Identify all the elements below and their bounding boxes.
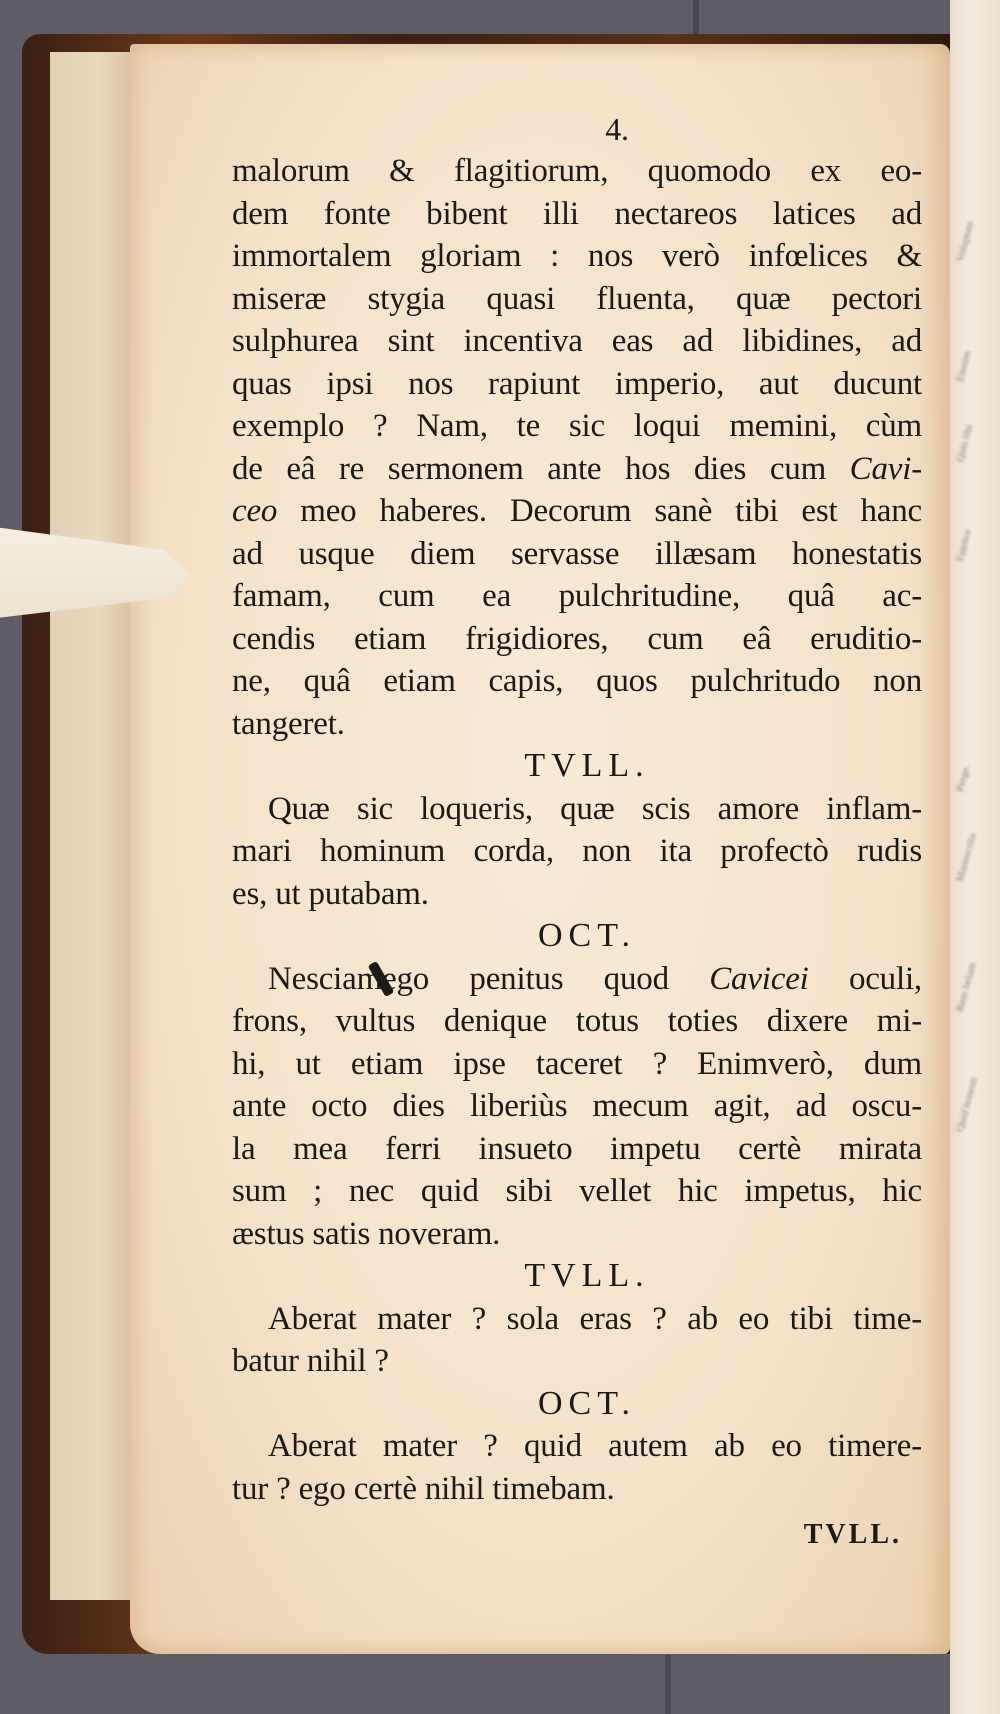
text-line: tur ? ego certè nihil timebam. <box>232 1468 922 1511</box>
ghost-text: Manuscrita <box>954 841 976 883</box>
ghost-text: Quis tibi <box>954 421 976 463</box>
text-line: Nesciamego penitus quod Cavicei oculi, <box>232 958 922 1001</box>
text-line: hi, ut etiam ipse taceret ? Enimverò, du… <box>232 1043 922 1086</box>
text-line: ne, quâ etiam capis, quos pulchritudo no… <box>232 660 922 703</box>
text-line: Aberat mater ? quid autem ab eo timere- <box>232 1425 922 1468</box>
text-line: mari hominum corda, non ita profectò rud… <box>232 830 922 873</box>
text-segment: ego penitus quod <box>382 961 669 997</box>
text-line: exemplo ? Nam, te sic loqui memini, cùm <box>232 405 922 448</box>
text-line: Aberat mater ? sola eras ? ab eo tibi ti… <box>232 1298 922 1341</box>
facing-page-edge: Voluptate Etenim Quis tibi Fatebor Perge… <box>950 0 1000 1714</box>
text-line: sulphurea sint incentiva eas ad libidine… <box>232 320 922 363</box>
text-line: immortalem gloriam : nos verò infœlices … <box>232 235 922 278</box>
text-line: famam, cum ea pulchritudine, quâ ac- <box>232 575 922 618</box>
ghost-text: Quid honesti <box>954 1091 976 1133</box>
italic-name: ceo <box>232 493 277 529</box>
text-segment: Nesciam <box>268 961 382 997</box>
text-line: batur nihil ? <box>232 1340 922 1383</box>
text-line: tangeret. <box>232 703 922 746</box>
ghost-text: Fatebor <box>954 521 976 563</box>
text-line: cendis etiam frigidiores, cum eâ eruditi… <box>232 618 922 661</box>
page-number: 4. <box>232 108 922 150</box>
backdrop-seam-bottom <box>665 1655 671 1714</box>
italic-name: Cavi- <box>850 451 922 487</box>
page-text: 4. malorum & flagitiorum, quomodo ex eo-… <box>232 108 922 1557</box>
speaker-heading: OCT. <box>232 1383 922 1426</box>
text-line: ad usque diem servasse illæsam honestati… <box>232 533 922 576</box>
text-line: quas ipsi nos rapiunt imperio, aut ducun… <box>232 363 922 406</box>
text-line: æstus satis noveram. <box>232 1213 922 1256</box>
text-line: sum ; nec quid sibi vellet hic impetus, … <box>232 1170 922 1213</box>
text-line: ceo meo haberes. Decorum sanè tibi est h… <box>232 490 922 533</box>
speaker-heading: TVLL. <box>232 1255 922 1298</box>
speaker-heading: TVLL. <box>232 745 922 788</box>
text-line: Quæ sic loqueris, quæ scis amore inflam- <box>232 788 922 831</box>
text-line: miseræ stygia quasi fluenta, quæ pectori <box>232 278 922 321</box>
flyleaf-gutter <box>50 52 133 1600</box>
speaker-heading: OCT. <box>232 915 922 958</box>
text-line: ante octo dies liberiùs mecum agit, ad o… <box>232 1085 922 1128</box>
ghost-text: Perge. <box>954 751 976 793</box>
ghost-text: Rem belam <box>954 971 976 1013</box>
text-line: dem fonte bibent illi nectareos latices … <box>232 193 922 236</box>
text-line: la mea ferri insueto impetu certè mirata <box>232 1128 922 1171</box>
text-segment: de eâ re sermonem ante hos dies cum <box>232 451 826 487</box>
text-line: frons, vultus denique totus toties dixer… <box>232 1000 922 1043</box>
text-line: es, ut putabam. <box>232 873 922 916</box>
catchword: TVLL. <box>232 1514 922 1557</box>
text-line: malorum & flagitiorum, quomodo ex eo- <box>232 150 922 193</box>
ghost-text: Etenim <box>954 341 976 383</box>
italic-name: Cavicei <box>709 961 808 997</box>
ghost-text: Voluptate <box>954 221 976 263</box>
text-segment: meo haberes. Decorum sanè tibi est hanc <box>300 493 922 529</box>
text-line: de eâ re sermonem ante hos dies cum Cavi… <box>232 448 922 491</box>
text-segment: oculi, <box>849 961 922 997</box>
